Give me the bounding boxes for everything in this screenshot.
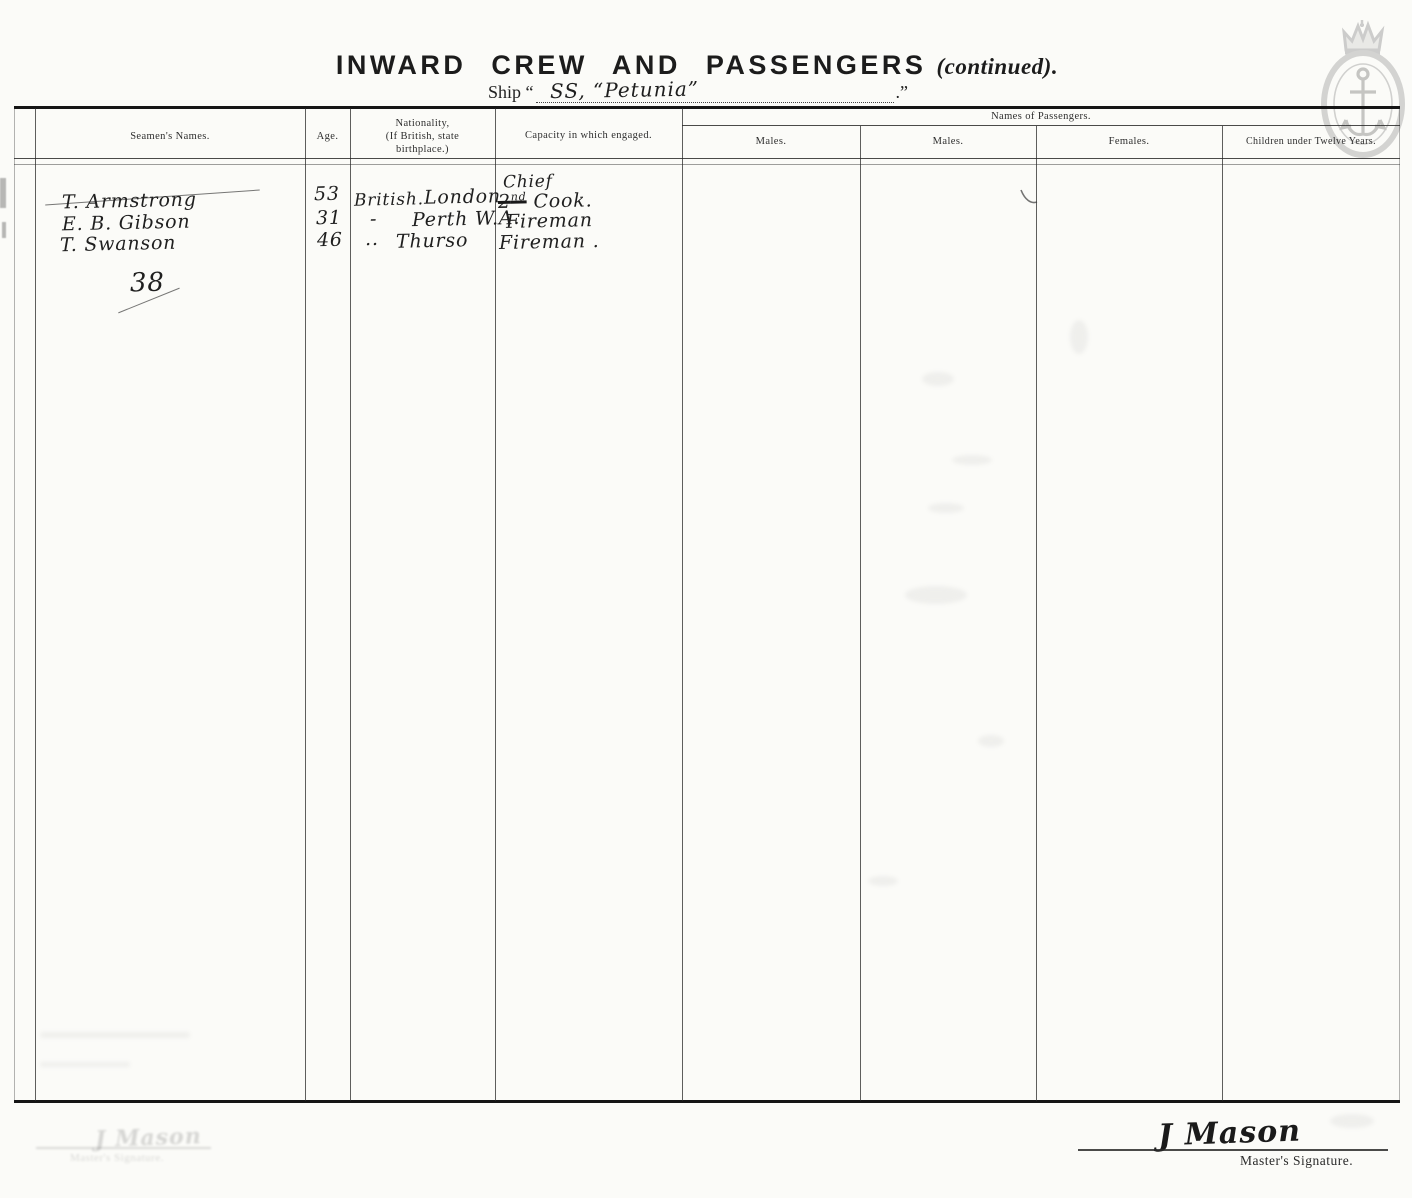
col-header-males-1: Males. [682,135,860,148]
crew-birthplace-2: Perth W.A. [412,207,521,231]
ship-name-line: Ship “SS, “Petunia”.” [488,78,908,103]
col-header-children: Children under Twelve Years. [1222,135,1400,148]
master-signature-handwritten: J Mason [1157,1114,1301,1154]
smudge [922,372,954,386]
col-rule-3 [350,108,351,1101]
scan-edge-mark [2,222,6,238]
col-header-seamens-names: Seamen's Names. [35,130,305,143]
crew-nationality-2: - [370,208,378,230]
col-header-passengers-group: Names of Passengers. [682,110,1400,123]
crew-name-3: T. Swanson [60,232,177,256]
header-bottom-rule-2 [14,164,1400,165]
col-header-nationality: Nationality, (If British, state birthpla… [350,117,495,156]
crew-capacity-2: Fireman [506,209,593,233]
col-rule-4 [495,108,496,1101]
smudge [1070,320,1088,354]
passenger-subheader-rule [682,125,1400,126]
table-right-border [1399,108,1400,1101]
col-rule-6 [860,126,861,1101]
crew-name-1: T. Armstrong [62,189,197,214]
smudge [928,503,964,513]
crew-nationality-3: .. [365,228,379,250]
crew-capacity-3: Fireman . [499,230,600,254]
crew-tally: 38 [130,268,165,299]
title-main: INWARD CREW AND PASSENGERS [336,50,927,80]
crew-birthplace-3: Thurso [396,229,469,253]
col-header-age: Age. [305,130,350,143]
ship-name-handwritten: SS, “Petunia” [535,77,698,104]
ghost-signature-label: Master's Signature. [70,1152,164,1164]
col-rule-1 [35,108,36,1101]
crew-age-1: 53 [314,183,340,206]
crew-birthplace-1: London [424,185,501,209]
scanned-manifest-page: INWARD CREW AND PASSENGERS(continued). S… [0,0,1412,1198]
smudge [868,876,898,886]
ship-name-blank: SS, “Petunia” [536,78,894,103]
table-top-rule [14,106,1400,109]
table-bottom-rule [14,1100,1400,1103]
scan-edge-mark [0,178,6,208]
smudge [40,1062,130,1067]
smudge [40,1032,190,1038]
nationality-line1: Nationality, [396,118,450,129]
ship-label: Ship [488,82,521,102]
smudge [1330,1114,1374,1128]
crew-age-2: 31 [316,207,342,230]
signature-label: Master's Signature. [1240,1153,1353,1169]
header-bottom-rule [14,158,1400,159]
col-header-females: Females. [1036,135,1222,148]
smudge [905,586,967,604]
smudge [978,735,1004,747]
col-rule-7 [1036,126,1037,1101]
stray-pen-mark [1015,186,1043,216]
signature-line [1078,1149,1388,1151]
col-rule-5 [682,108,683,1101]
ghost-signature-line [36,1147,211,1149]
struck-rank-suffix: nd [511,190,527,203]
open-quote: “ [526,82,534,102]
nationality-line2: (If British, state [386,131,459,142]
title-continued: (continued). [936,54,1058,79]
smudge [952,455,992,465]
col-header-males-2: Males. [860,135,1036,148]
col-rule-8 [1222,126,1223,1101]
col-header-capacity: Capacity in which engaged. [495,129,682,142]
col-rule-2 [305,108,306,1101]
nationality-line3: birthplace.) [396,144,449,155]
table-left-border [14,108,15,1101]
close-quote: .” [896,82,909,102]
crew-age-3: 46 [317,229,343,252]
crew-nationality-1: British. [354,189,424,210]
